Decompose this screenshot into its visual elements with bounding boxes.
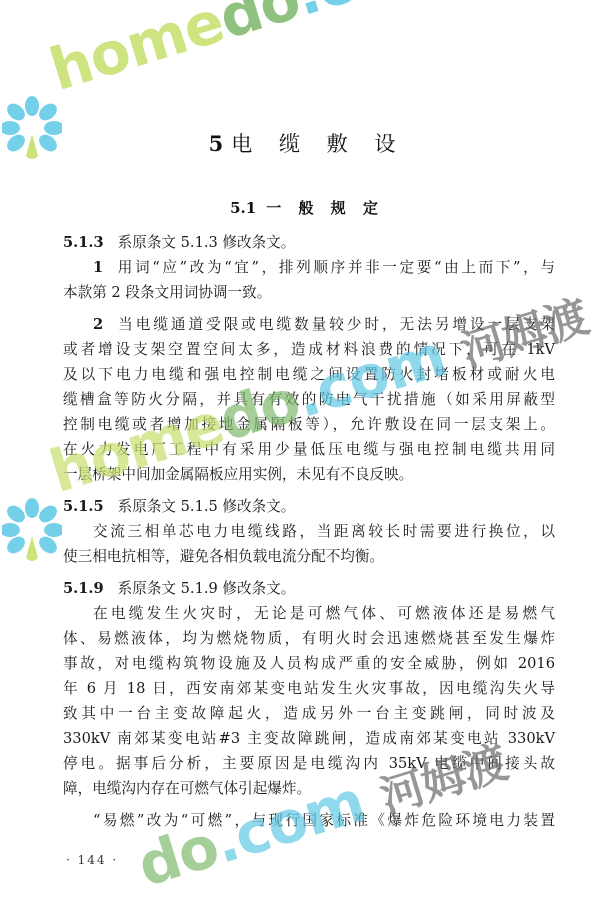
line-text: 在火力发电厂工程中有采用少量低压电缆与强电控制电缆共用同 [63,441,555,458]
line-text: 障，电缆沟内存在可燃气体引起爆炸。 [63,780,311,797]
line-text: 体、易燃液体，均为燃烧物质，有明火时会迅速燃烧甚至发生爆炸 [63,630,555,647]
chapter-number: 5 [209,131,224,156]
document-page: 5电 缆 敷 设 5.1一 般 规 定 5.1.3系原条文 5.1.3 修改条文… [0,0,614,898]
item-number: 2 [93,316,103,333]
text-line: 及以下电力电缆和强电控制电缆之间设置防火封堵板材或耐火电 [63,365,555,385]
line-text: 及以下电力电缆和强电控制电缆之间设置防火封堵板材或耐火电 [63,366,555,383]
line-text: 系原条文 5.1.9 修改条文。 [118,580,296,597]
chapter-title: 5电 缆 敷 设 [0,128,614,158]
page-number: · 144 · [66,853,118,867]
line-text: 系原条文 5.1.5 修改条文。 [118,498,296,515]
line-text: 系原条文 5.1.3 修改条文。 [118,234,296,251]
chapter-title-text: 电 缆 敷 设 [231,132,405,156]
text-line: 缆槽盒等防火分隔，并具有有效的防电气干扰措施（如采用屏蔽型 [63,390,555,410]
text-line: 致其中一台主变故障起火，造成另外一台主变跳闸，同时波及 [63,704,555,724]
line-text: 用词“应”改为“宜”，排列顺序并非一定要“由上而下”，与 [115,259,555,276]
text-line: 1用词“应”改为“宜”，排列顺序并非一定要“由上而下”，与 [63,258,555,278]
line-text: 一层桥架中间加金属隔板应用实例，未见有不良反映。 [63,466,413,483]
text-line: 事故，对电缆构筑物设施及人员构成严重的安全威胁，例如 2016 [63,654,555,674]
text-line: 或者增设支架空置空间太多，造成材料浪费的情况下，可在 1kV [63,340,555,360]
line-text: 停电。据事后分析，主要原因是电缆沟内 35kV 电缆中间接头故 [63,755,555,772]
section-title-text: 一 般 规 定 [266,199,384,217]
text-line: 2当电缆通道受限或电缆数量较少时，无法另增设一层支架 [63,315,555,335]
text-line: 在电缆发生火灾时，无论是可燃气体、可燃液体还是易燃气 [63,604,555,624]
item-number: 1 [93,259,103,276]
line-text: “易燃”改为“可燃”，与现行国家标准《爆炸危险环境电力装置 [93,812,555,829]
line-text: 当电缆通道受限或电缆数量较少时，无法另增设一层支架 [115,316,555,333]
text-line: 使三相电抗相等，避免各相负载电流分配不均衡。 [63,547,555,567]
clause-line: 5.1.5系原条文 5.1.5 修改条文。 [63,497,555,517]
text-line: 交流三相单芯电力电缆线路，当距离较长时需要进行换位，以 [63,522,555,542]
clause-number: 5.1.9 [63,580,104,597]
text-line: 控制电缆或者增加接地金属隔板等），允许敷设在同一层支架上。 [63,415,555,435]
text-line: 330kV 南郊某变电站#3 主变故障跳闸，造成南郊某变电站 330kV [63,729,555,749]
section-title: 5.1一 般 规 定 [0,197,614,218]
clause-number: 5.1.3 [63,234,104,251]
text-line: 在火力发电厂工程中有采用少量低压电缆与强电控制电缆共用同 [63,440,555,460]
section-number: 5.1 [230,199,256,217]
text-line: 一层桥架中间加金属隔板应用实例，未见有不良反映。 [63,465,555,485]
line-text: 控制电缆或者增加接地金属隔板等），允许敷设在同一层支架上。 [63,416,555,433]
line-text: 或者增设支架空置空间太多，造成材料浪费的情况下，可在 1kV [63,341,555,358]
text-line: 体、易燃液体，均为燃烧物质，有明火时会迅速燃烧甚至发生爆炸 [63,629,555,649]
line-text: 缆槽盒等防火分隔，并具有有效的防电气干扰措施（如采用屏蔽型 [63,391,555,408]
watermark-top: homedo.com 河姆渡 [0,0,614,200]
clause-line: 5.1.9系原条文 5.1.9 修改条文。 [63,579,555,599]
line-text: 事故，对电缆构筑物设施及人员构成严重的安全威胁，例如 2016 [63,655,555,672]
line-text: 本款第 2 段条文用词协调一致。 [63,284,271,301]
line-text: 交流三相单芯电力电缆线路，当距离较长时需要进行换位，以 [93,523,555,540]
text-line: “易燃”改为“可燃”，与现行国家标准《爆炸危险环境电力装置 [63,811,555,831]
line-text: 在电缆发生火灾时，无论是可燃气体、可燃液体还是易燃气 [93,605,555,622]
clause-number: 5.1.5 [63,498,104,515]
flower-logo-icon [2,498,62,564]
line-text: 使三相电抗相等，避免各相负载电流分配不均衡。 [63,548,384,565]
text-line: 停电。据事后分析，主要原因是电缆沟内 35kV 电缆中间接头故 [63,754,555,774]
text-line: 障，电缆沟内存在可燃气体引起爆炸。 [63,779,555,799]
line-text: 致其中一台主变故障起火，造成另外一台主变跳闸，同时波及 [63,705,555,722]
line-text: 330kV 南郊某变电站#3 主变故障跳闸，造成南郊某变电站 330kV [63,730,555,747]
text-line: 本款第 2 段条文用词协调一致。 [63,283,555,303]
text-line: 年 6 月 18 日，西安南郊某变电站发生火灾事故，因电缆沟失火导 [63,679,555,699]
line-text: 年 6 月 18 日，西安南郊某变电站发生火灾事故，因电缆沟失火导 [63,680,555,697]
clause-line: 5.1.3系原条文 5.1.3 修改条文。 [63,233,555,253]
